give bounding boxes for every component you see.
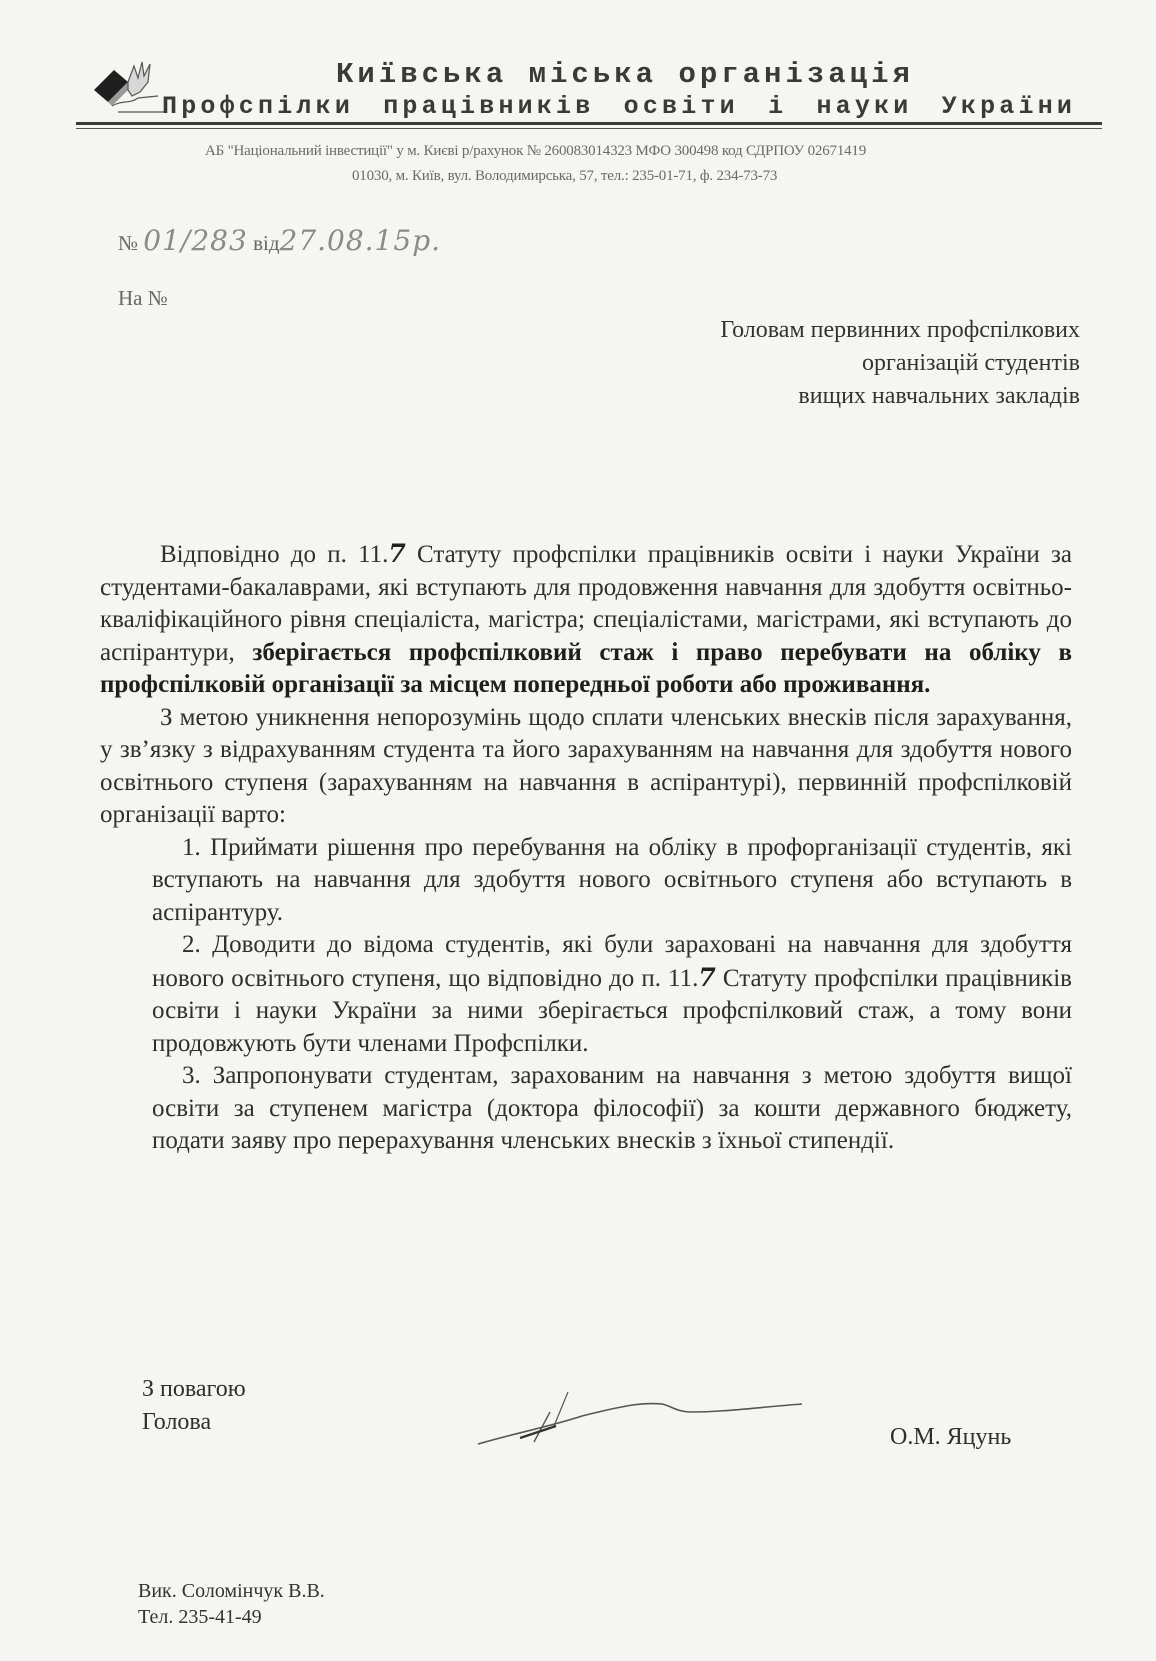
closing-block: З повагою Голова bbox=[142, 1373, 246, 1439]
list-item-1: 1. Приймати рішення про перебування на о… bbox=[100, 832, 1072, 930]
executor-phone: Тел. 235-41-49 bbox=[138, 1604, 325, 1630]
signer-position: Голова bbox=[142, 1406, 246, 1439]
handwritten-correction: 7 bbox=[388, 539, 405, 568]
letterhead-address: 01030, м. Київ, вул. Володимирська, 57, … bbox=[352, 168, 777, 185]
addressee-line: Головам первинних профспілкових bbox=[720, 314, 1080, 347]
letter-body: Відповідно до п. 11.7 Статуту профспілки… bbox=[100, 538, 1072, 1158]
paragraph-1: Відповідно до п. 11.7 Статуту профспілки… bbox=[100, 538, 1072, 702]
handwritten-correction: 7 bbox=[698, 963, 715, 992]
reply-to-number-label: На № bbox=[118, 286, 168, 311]
handwritten-date: 27.08.15р. bbox=[280, 224, 442, 257]
letter-page: Київська міська організація Профспілки п… bbox=[0, 0, 1156, 1661]
letterhead-title-line1: Київська міська організація bbox=[336, 58, 914, 91]
handwritten-signature-icon bbox=[472, 1386, 822, 1456]
letterhead-bank-details: АБ "Національний інвестиції" у м. Києві … bbox=[205, 143, 866, 160]
date-label: від bbox=[253, 231, 279, 255]
closing-regards: З повагою bbox=[142, 1373, 246, 1406]
executor-block: Вик. Соломінчук В.В. Тел. 235-41-49 bbox=[138, 1578, 325, 1630]
letterhead-divider bbox=[76, 122, 1102, 129]
recommendations-list: 1. Приймати рішення про перебування на о… bbox=[100, 832, 1072, 1158]
list-item-2: 2. Доводити до відома студентів, які бул… bbox=[100, 929, 1072, 1060]
registration-line: № 01/283 від27.08.15р. bbox=[118, 224, 441, 257]
paragraph-2: З метою уникнення непорозумінь щодо спла… bbox=[100, 702, 1072, 832]
executor-name: Вик. Соломінчук В.В. bbox=[138, 1578, 325, 1604]
number-label: № bbox=[118, 231, 138, 255]
handwritten-number: 01/283 bbox=[143, 224, 248, 257]
book-and-hand-logo-icon bbox=[88, 56, 170, 118]
addressee-line: вищих навчальних закладів bbox=[720, 380, 1080, 413]
list-item-3: 3. Запропонувати студентам, зарахованим … bbox=[100, 1060, 1072, 1158]
addressee-line: організацій студентів bbox=[720, 347, 1080, 380]
addressee-block: Головам первинних профспілкових організа… bbox=[720, 314, 1080, 413]
letterhead-title-line2: Профспілки працівників освіти і науки Ук… bbox=[162, 92, 1076, 121]
signer-name: О.М. Яцунь bbox=[890, 1424, 1011, 1451]
